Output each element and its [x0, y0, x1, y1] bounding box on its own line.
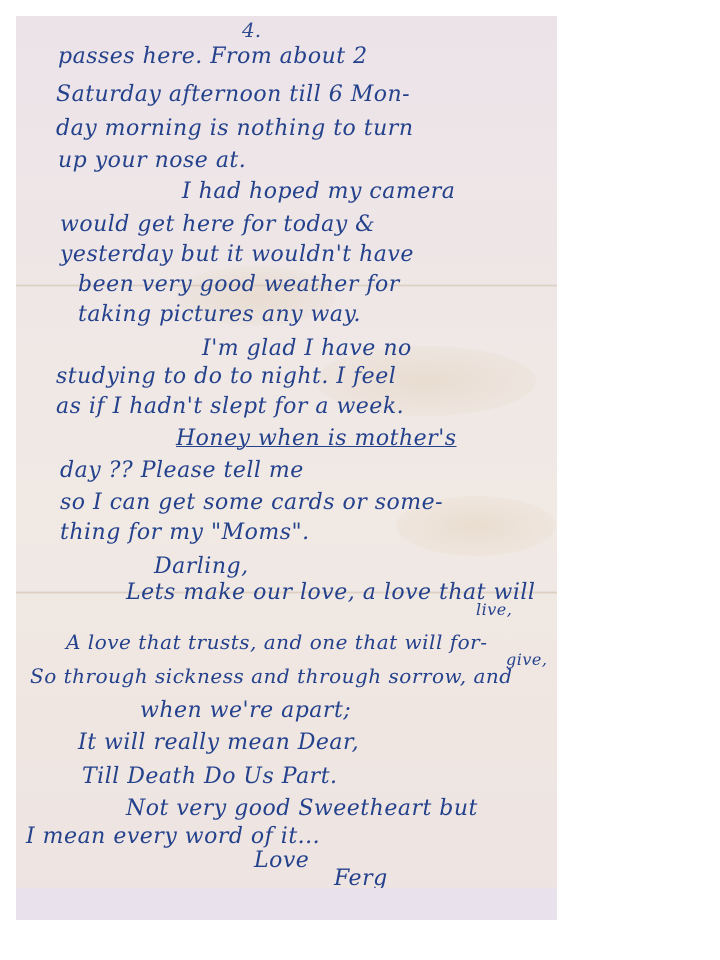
scan-canvas: 4. passes here. From about 2 Saturday af…: [0, 0, 720, 960]
letter-line: studying to do to night. I feel: [56, 366, 396, 388]
letter-line: So through sickness and through sorrow, …: [30, 666, 513, 686]
signature-name: Ferg: [334, 868, 388, 890]
page-number: 4.: [242, 18, 261, 42]
letter-line: A love that trusts, and one that will fo…: [66, 632, 487, 652]
letter-line: been very good weather for: [78, 274, 400, 296]
letter-line: Darling,: [154, 556, 249, 578]
letter-line: I had hoped my camera: [182, 181, 455, 203]
letter-line: I'm glad I have no: [202, 338, 412, 360]
letter-line: day ?? Please tell me: [60, 460, 304, 482]
letter-line: Saturday afternoon till 6 Mon-: [56, 84, 410, 106]
letter-line: Not very good Sweetheart but: [126, 798, 478, 820]
scan-bottom-strip: [16, 888, 557, 920]
letter-line: so I can get some cards or some-: [60, 492, 443, 514]
letter-line: yesterday but it wouldn't have: [60, 244, 414, 266]
letter-line: as if I hadn't slept for a week.: [56, 396, 404, 418]
letter-line: live,: [476, 602, 512, 618]
letter-line: Lets make our love, a love that will: [126, 582, 535, 604]
letter-line: taking pictures any way.: [78, 304, 361, 326]
signature-closing: Love: [254, 850, 309, 872]
letter-line: Honey when is mother's: [176, 428, 457, 450]
letter-line: passes here. From about 2: [58, 46, 368, 68]
letter-line: I mean every word of it...: [26, 826, 320, 848]
letter-line: would get here for today &: [60, 214, 375, 236]
letter-line: when we're apart;: [140, 700, 351, 722]
letter-line: Till Death Do Us Part.: [82, 766, 338, 788]
letter-line: It will really mean Dear,: [78, 732, 359, 754]
letter-line: up your nose at.: [58, 150, 246, 172]
letter-line: thing for my "Moms".: [60, 522, 310, 544]
letter-page: 4. passes here. From about 2 Saturday af…: [16, 16, 557, 920]
letter-line: day morning is nothing to turn: [56, 118, 414, 140]
